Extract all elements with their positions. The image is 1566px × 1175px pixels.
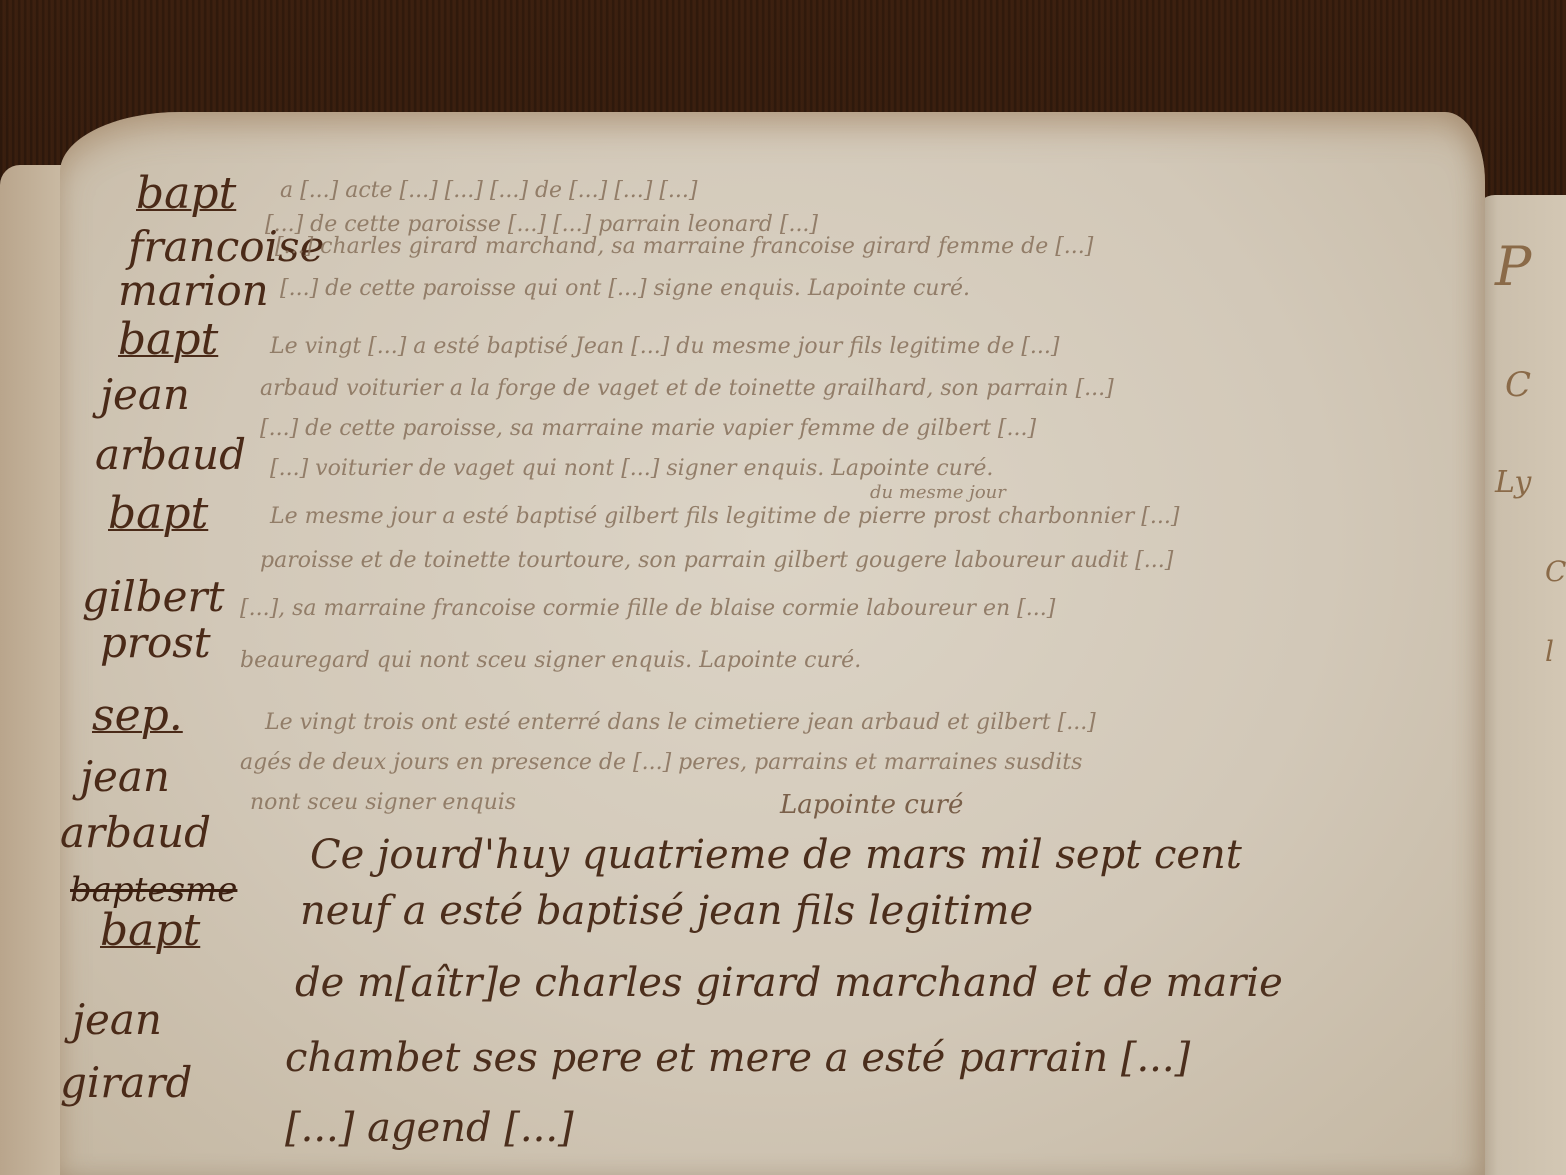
text-line: nont sceu signer enquis: [250, 790, 516, 815]
facing-page-mark: l: [1545, 635, 1554, 668]
text-line: [...] de cette paroisse qui ont [...] si…: [280, 276, 970, 301]
margin-name: marion: [118, 266, 269, 315]
text-line: a [...] acte [...] [...] [...] de [...] …: [280, 178, 697, 203]
text-line: arbaud voiturier a la forge de vaget et …: [260, 376, 1114, 401]
margin-name: arbaud: [60, 808, 211, 857]
facing-page-mark: P: [1495, 235, 1531, 298]
text-line-large: de m[aîtr]e charles girard marchand et d…: [295, 960, 1283, 1006]
facing-page-mark: C: [1545, 555, 1566, 588]
margin-label-bapt: bapt: [136, 168, 236, 219]
text-line: agés de deux jours en presence de [...] …: [240, 750, 1082, 775]
text-line: [...] voiturier de vaget qui nont [...] …: [270, 456, 993, 481]
text-line-large: Ce jourd'huy quatrieme de mars mil sept …: [310, 832, 1242, 878]
margin-label-bapt: bapt: [118, 314, 218, 365]
margin-struck-word: baptesme: [70, 870, 237, 910]
text-line-large: neuf a esté baptisé jean fils legitime: [300, 888, 1033, 934]
text-line: [...], sa marraine francoise cormie fill…: [240, 596, 1055, 621]
register-page: [60, 112, 1485, 1175]
facing-page-mark: Ly: [1495, 465, 1531, 500]
margin-name: jean: [100, 370, 190, 419]
margin-name: prost: [100, 618, 211, 667]
text-line-large: chambet ses pere et mere a esté parrain …: [285, 1035, 1190, 1081]
text-line: [...] de cette paroisse, sa marraine mar…: [260, 416, 1036, 441]
text-line: Le vingt [...] a esté baptisé Jean [...]…: [270, 334, 1060, 359]
text-line-insertion: du mesme jour: [870, 482, 1006, 503]
margin-label-sep: sep.: [92, 690, 183, 741]
facing-page-right: P C Ly C l: [1475, 195, 1566, 1175]
margin-name: gilbert: [82, 572, 224, 621]
text-line: beauregard qui nont sceu signer enquis. …: [240, 648, 861, 673]
curate-signature: Lapointe curé: [780, 790, 963, 820]
text-line: [...] charles girard marchand, sa marrai…: [275, 234, 1093, 259]
margin-name: arbaud: [95, 430, 246, 479]
margin-label-bapt: bapt: [108, 488, 208, 539]
margin-label-bapt: bapt: [100, 905, 200, 956]
text-line: paroisse et de toinette tourtoure, son p…: [260, 548, 1173, 573]
text-line-large: [...] agend [...]: [285, 1105, 574, 1151]
margin-name: jean: [80, 752, 170, 801]
facing-page-mark: C: [1505, 365, 1531, 405]
text-line: Le vingt trois ont esté enterré dans le …: [265, 710, 1096, 735]
margin-name: girard: [60, 1058, 192, 1107]
margin-name: jean: [72, 995, 162, 1044]
text-line: Le mesme jour a esté baptisé gilbert fil…: [270, 504, 1179, 529]
